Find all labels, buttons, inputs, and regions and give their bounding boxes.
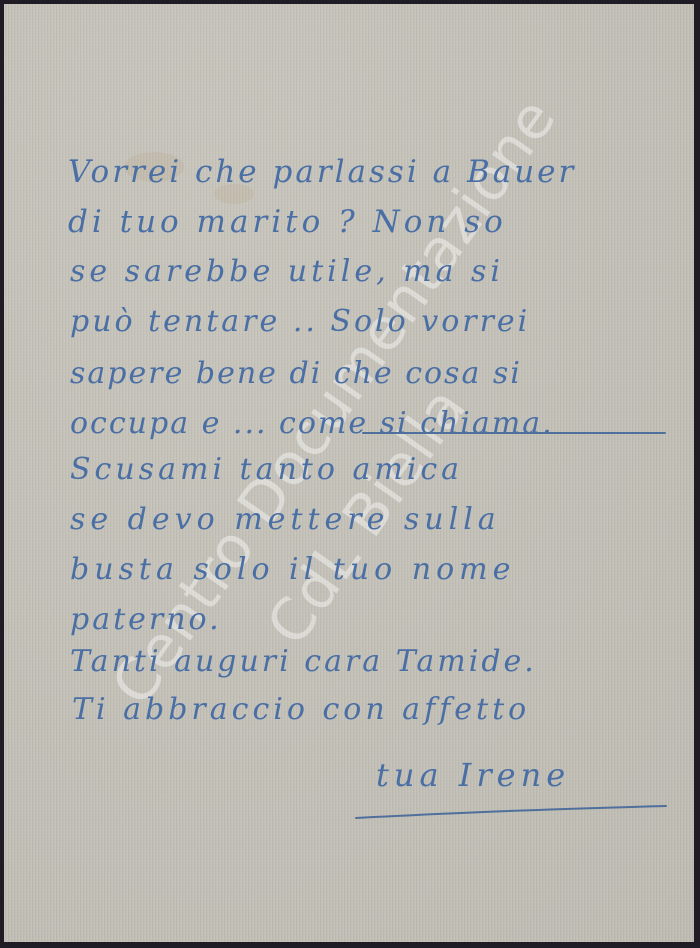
underline-come-si-chiama bbox=[362, 432, 666, 434]
signature: tua Irene bbox=[376, 756, 570, 794]
letter-line-4: può tentare .. Solo vorrei bbox=[70, 304, 530, 339]
letter-line-3: se sarebbe utile, ma si bbox=[70, 254, 504, 289]
letter-line-7: Scusami tanto amica bbox=[70, 452, 463, 487]
letter-line-11: Tanti auguri cara Tamide. bbox=[70, 644, 537, 679]
letter-line-2: di tuo marito ? Non so bbox=[68, 204, 507, 240]
letter-line-9: busta solo il tuo nome bbox=[70, 552, 515, 587]
letter-line-8: se devo mettere sulla bbox=[70, 502, 501, 537]
letter-line-12: Ti abbraccio con affetto bbox=[72, 692, 530, 727]
letter-line-10: paterno. bbox=[70, 602, 222, 637]
letter-line-1: Vorrei che parlassi a Bauer bbox=[68, 154, 576, 190]
letter-line-5: sapere bene di che cosa si bbox=[70, 356, 522, 391]
letter-line-6: occupa e ... come si chiama. bbox=[70, 406, 554, 441]
letter-paper: Centro Documentazione CdL Biella Vorrei … bbox=[4, 4, 694, 942]
signature-flourish bbox=[354, 804, 670, 822]
